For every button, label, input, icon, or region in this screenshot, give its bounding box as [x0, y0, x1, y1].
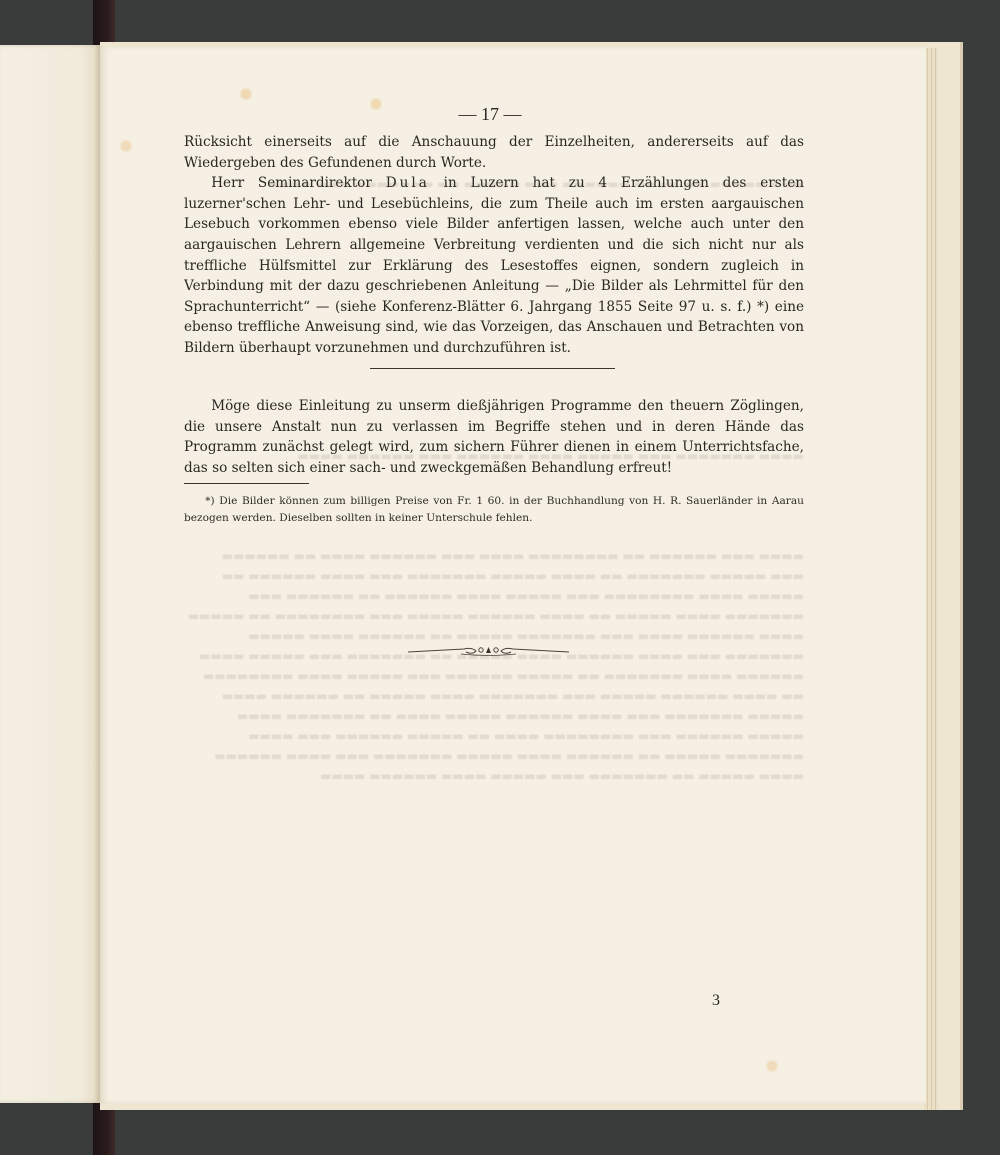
section-divider-rule	[370, 368, 615, 369]
footnote-marker: *)	[184, 495, 215, 507]
footnote: *) Die Bilder können zum billigen Preise…	[184, 493, 804, 527]
text-after-name: in Luzern hat zu 4 Erzählungen des erste…	[184, 175, 804, 356]
paragraph-continuation: Rücksicht einerseits auf die Anschauung …	[184, 132, 804, 173]
paragraph-closing: Möge diese Einleitung zu unserm dießjähr…	[184, 396, 804, 478]
footnote-rule	[184, 483, 309, 484]
book-page: ▬▬▬ ▬▬▬▬▬ ▬▬ ▬▬▬▬ ▬▬▬▬▬▬ ▬▬▬ ▬▬▬▬▬ ▬▬ ▬▬…	[100, 46, 926, 1104]
page-number: — 17 —	[100, 104, 880, 125]
bleed-through-texture: ▬▬▬▬ ▬▬▬ ▬▬▬▬▬▬ ▬▬ ▬▬▬▬▬▬▬▬ ▬▬▬▬ ▬▬▬ ▬▬▬…	[184, 546, 804, 966]
signature-mark: 3	[712, 992, 720, 1010]
main-text: Rücksicht einerseits auf die Anschauung …	[184, 132, 804, 359]
author-name-spaced: Dula	[386, 175, 430, 191]
ornament-tailpiece-icon	[406, 643, 571, 659]
text-before-name: Herr Seminardirektor	[211, 175, 386, 191]
closing-text: Möge diese Einleitung zu unserm dießjähr…	[184, 396, 804, 478]
paragraph-dula: Herr Seminardirektor Dula in Luzern hat …	[184, 173, 804, 358]
footnote-text: Die Bilder können zum billigen Preise vo…	[184, 495, 804, 524]
left-page-edge	[0, 45, 100, 1103]
